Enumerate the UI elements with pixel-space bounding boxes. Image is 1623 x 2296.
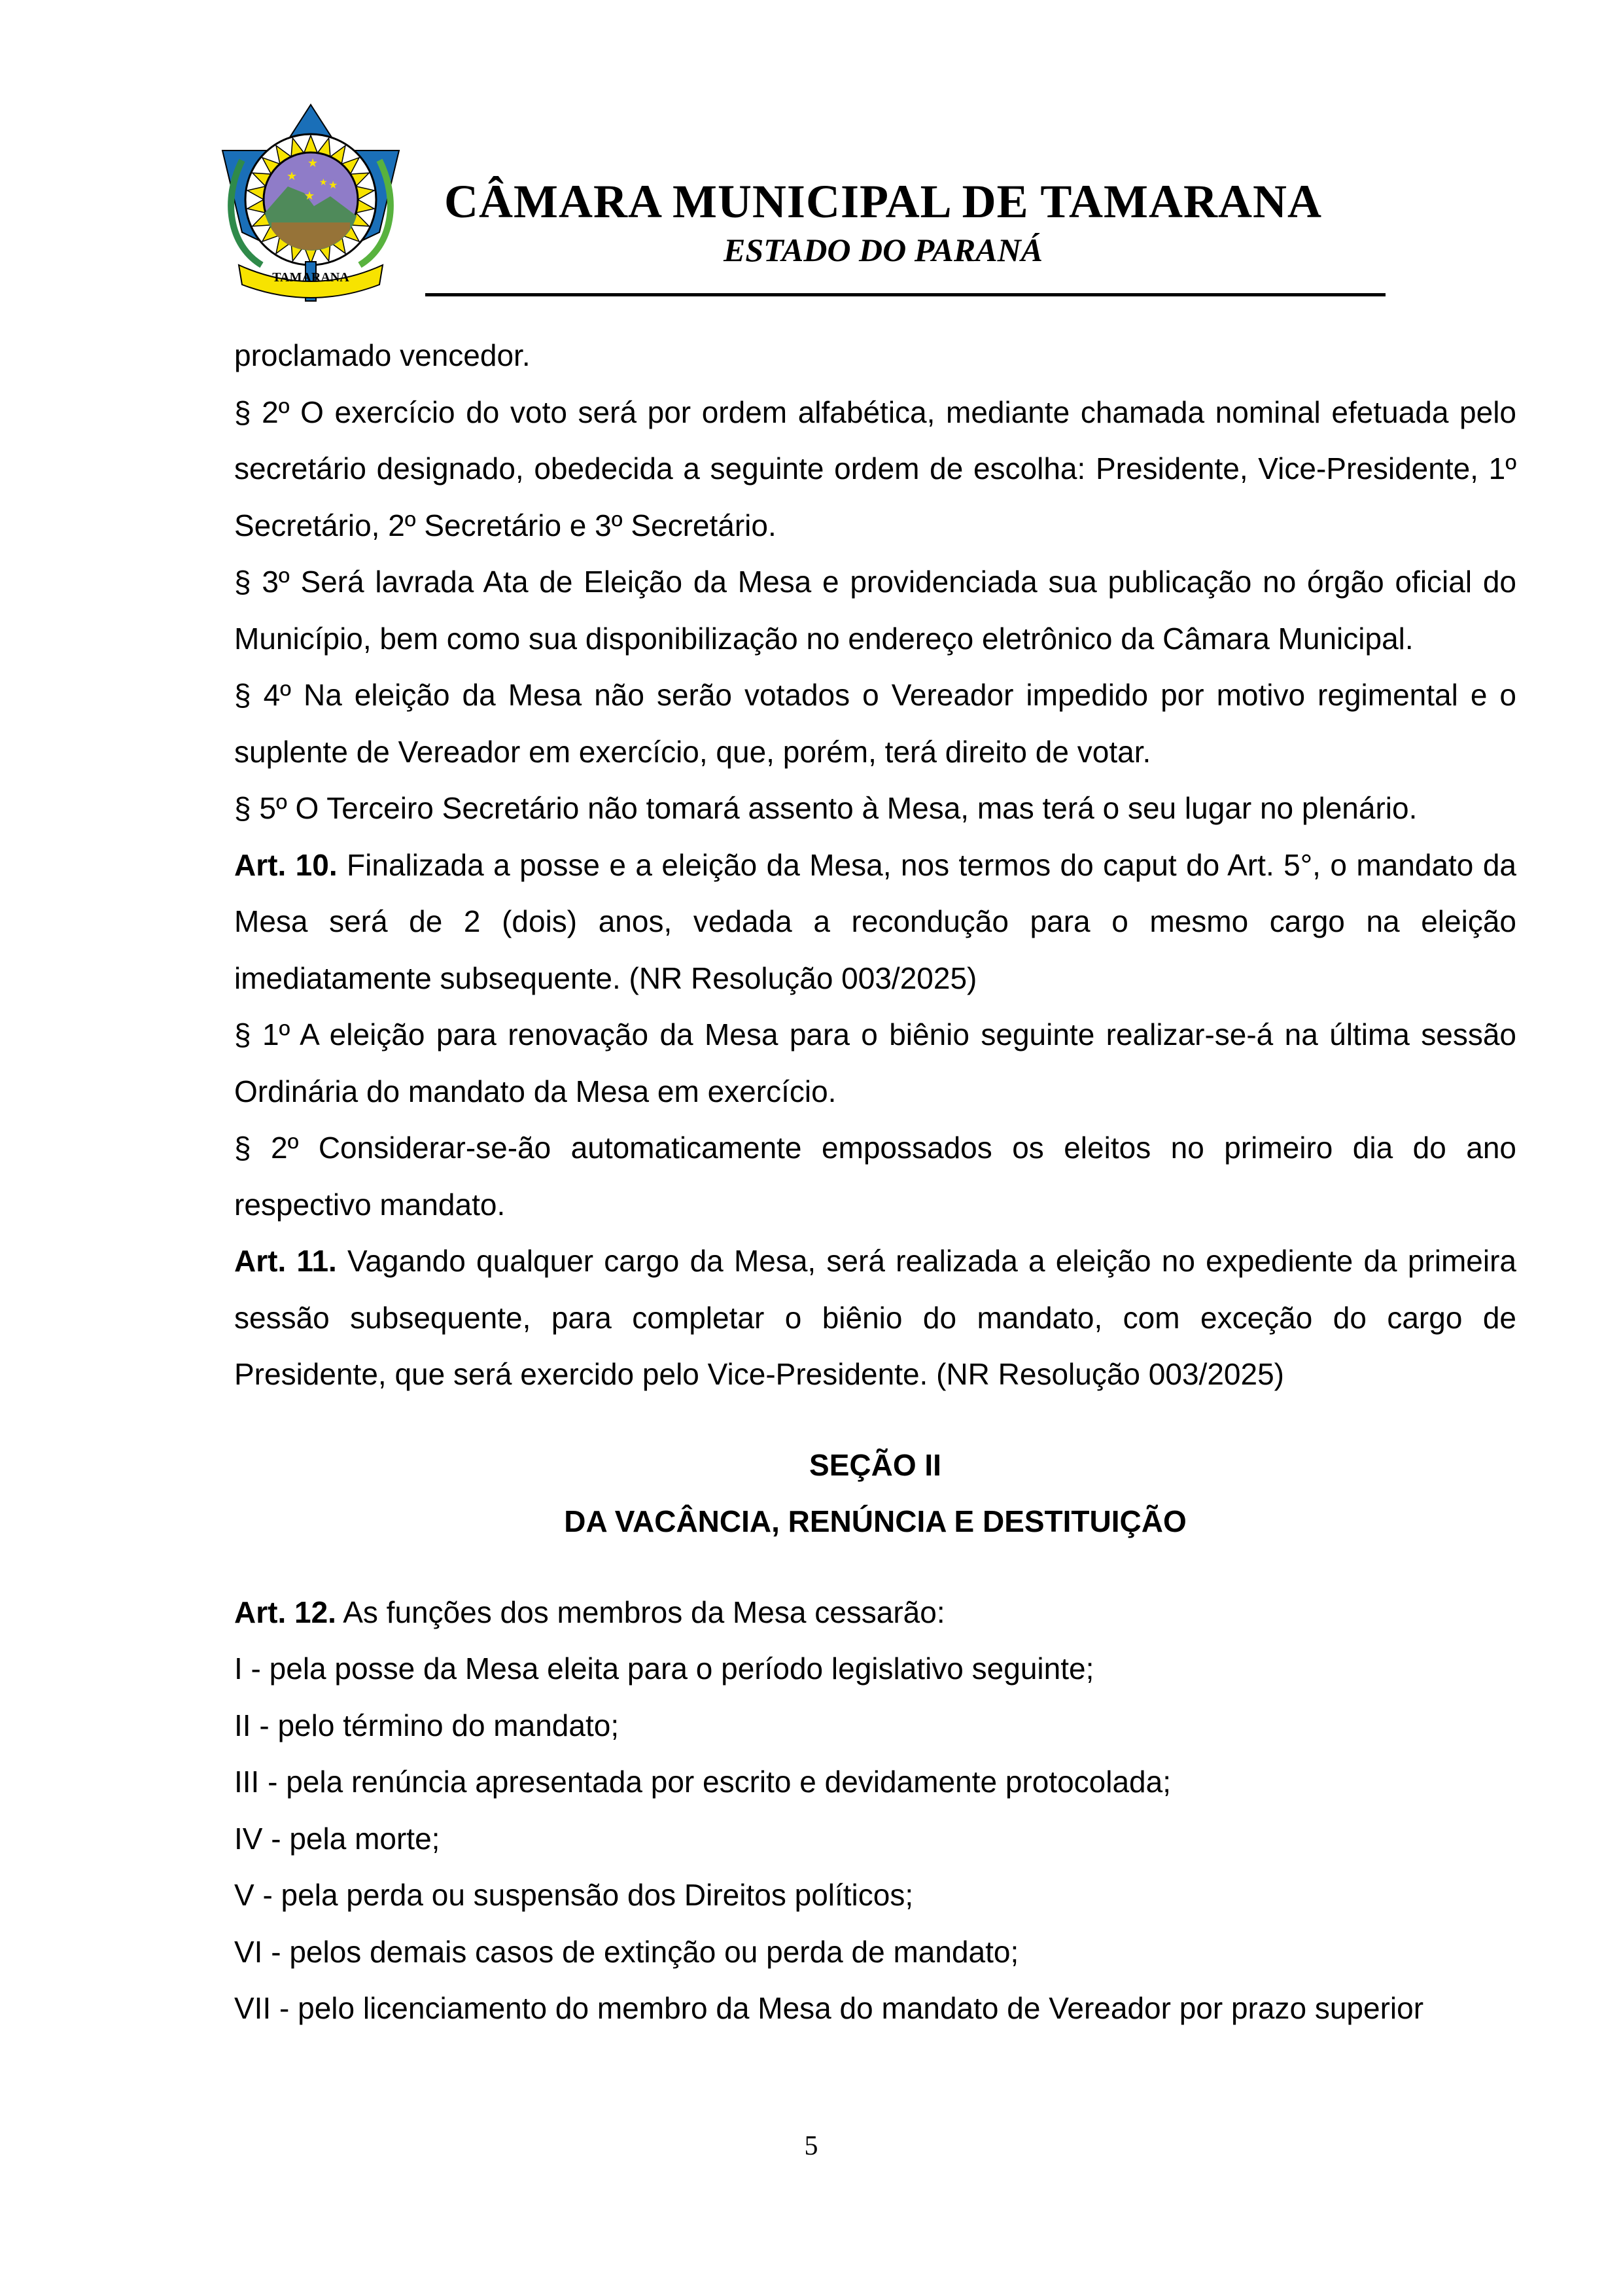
paragraph-text: Vagando qualquer cargo da Mesa, será rea… xyxy=(234,1244,1516,1391)
article-paragraph: Art. 10. Finalizada a posse e a eleição … xyxy=(234,837,1516,1007)
article-label: Art. 12. xyxy=(234,1595,336,1629)
list-item: II - pelo término do mandato; xyxy=(234,1697,1516,1754)
paragraph-text: proclamado vencedor. xyxy=(234,338,531,372)
header-divider xyxy=(425,293,1386,296)
state-name: ESTADO DO PARANÁ xyxy=(419,230,1348,270)
institution-name: CÂMARA MUNICIPAL DE TAMARANA xyxy=(419,175,1348,228)
svg-text:★: ★ xyxy=(328,179,338,191)
paragraph: § 3º Será lavrada Ata de Eleição da Mesa… xyxy=(234,554,1516,667)
paragraph: § 2º Considerar-se-ão automaticamente em… xyxy=(234,1120,1516,1233)
paragraph: § 4º Na eleição da Mesa não serão votado… xyxy=(234,667,1516,780)
article-12-items: I - pela posse da Mesa eleita para o per… xyxy=(234,1640,1516,2037)
paragraph-text: § 2º O exercício do voto será por ordem … xyxy=(234,395,1516,542)
svg-text:★: ★ xyxy=(307,156,318,170)
paragraph-text: § 3º Será lavrada Ata de Eleição da Mesa… xyxy=(234,565,1516,656)
paragraph-text: Finalizada a posse e a eleição da Mesa, … xyxy=(234,848,1516,995)
paragraph: proclamado vencedor. xyxy=(234,327,1516,384)
article-label: Art. 11. xyxy=(234,1244,337,1278)
list-item: I - pela posse da Mesa eleita para o per… xyxy=(234,1640,1516,1697)
article-12: Art. 12. As funções dos membros da Mesa … xyxy=(234,1584,1516,1641)
list-item: V - pela perda ou suspensão dos Direitos… xyxy=(234,1867,1516,1924)
svg-text:★: ★ xyxy=(287,169,297,183)
paragraph: § 2º O exercício do voto será por ordem … xyxy=(234,384,1516,554)
tamarana-coat-of-arms-icon: ★ ★ ★ ★ ★ TAMARANA xyxy=(216,101,406,304)
section-number: SEÇÃO II xyxy=(234,1437,1516,1494)
document-body: proclamado vencedor.§ 2º O exercício do … xyxy=(234,327,1516,2037)
article-text: As funções dos membros da Mesa cessarão: xyxy=(336,1595,945,1629)
paragraph-group: proclamado vencedor.§ 2º O exercício do … xyxy=(234,327,1516,1403)
paragraph: § 1º A eleição para renovação da Mesa pa… xyxy=(234,1006,1516,1120)
paragraph-text: § 1º A eleição para renovação da Mesa pa… xyxy=(234,1017,1516,1108)
page-number: 5 xyxy=(772,2130,850,2162)
section-title: DA VACÂNCIA, RENÚNCIA E DESTITUIÇÃO xyxy=(234,1493,1516,1550)
article-paragraph: Art. 11. Vagando qualquer cargo da Mesa,… xyxy=(234,1233,1516,1403)
list-item: III - pela renúncia apresentada por escr… xyxy=(234,1754,1516,1810)
svg-text:TAMARANA: TAMARANA xyxy=(272,270,349,285)
paragraph: § 5º O Terceiro Secretário não tomará as… xyxy=(234,780,1516,837)
list-item: IV - pela morte; xyxy=(234,1810,1516,1867)
article-label: Art. 10. xyxy=(234,848,338,882)
document-header: ★ ★ ★ ★ ★ TAMARANA CÂMARA MUNICIPAL DE T… xyxy=(0,0,1623,314)
list-item: VII - pelo licenciamento do membro da Me… xyxy=(234,1980,1516,2037)
paragraph-text: § 2º Considerar-se-ão automaticamente em… xyxy=(234,1131,1516,1222)
paragraph-text: § 5º O Terceiro Secretário não tomará as… xyxy=(234,791,1417,825)
svg-text:★: ★ xyxy=(304,189,315,203)
svg-text:★: ★ xyxy=(319,177,328,188)
list-item: VI - pelos demais casos de extinção ou p… xyxy=(234,1924,1516,1981)
paragraph-text: § 4º Na eleição da Mesa não serão votado… xyxy=(234,678,1516,769)
